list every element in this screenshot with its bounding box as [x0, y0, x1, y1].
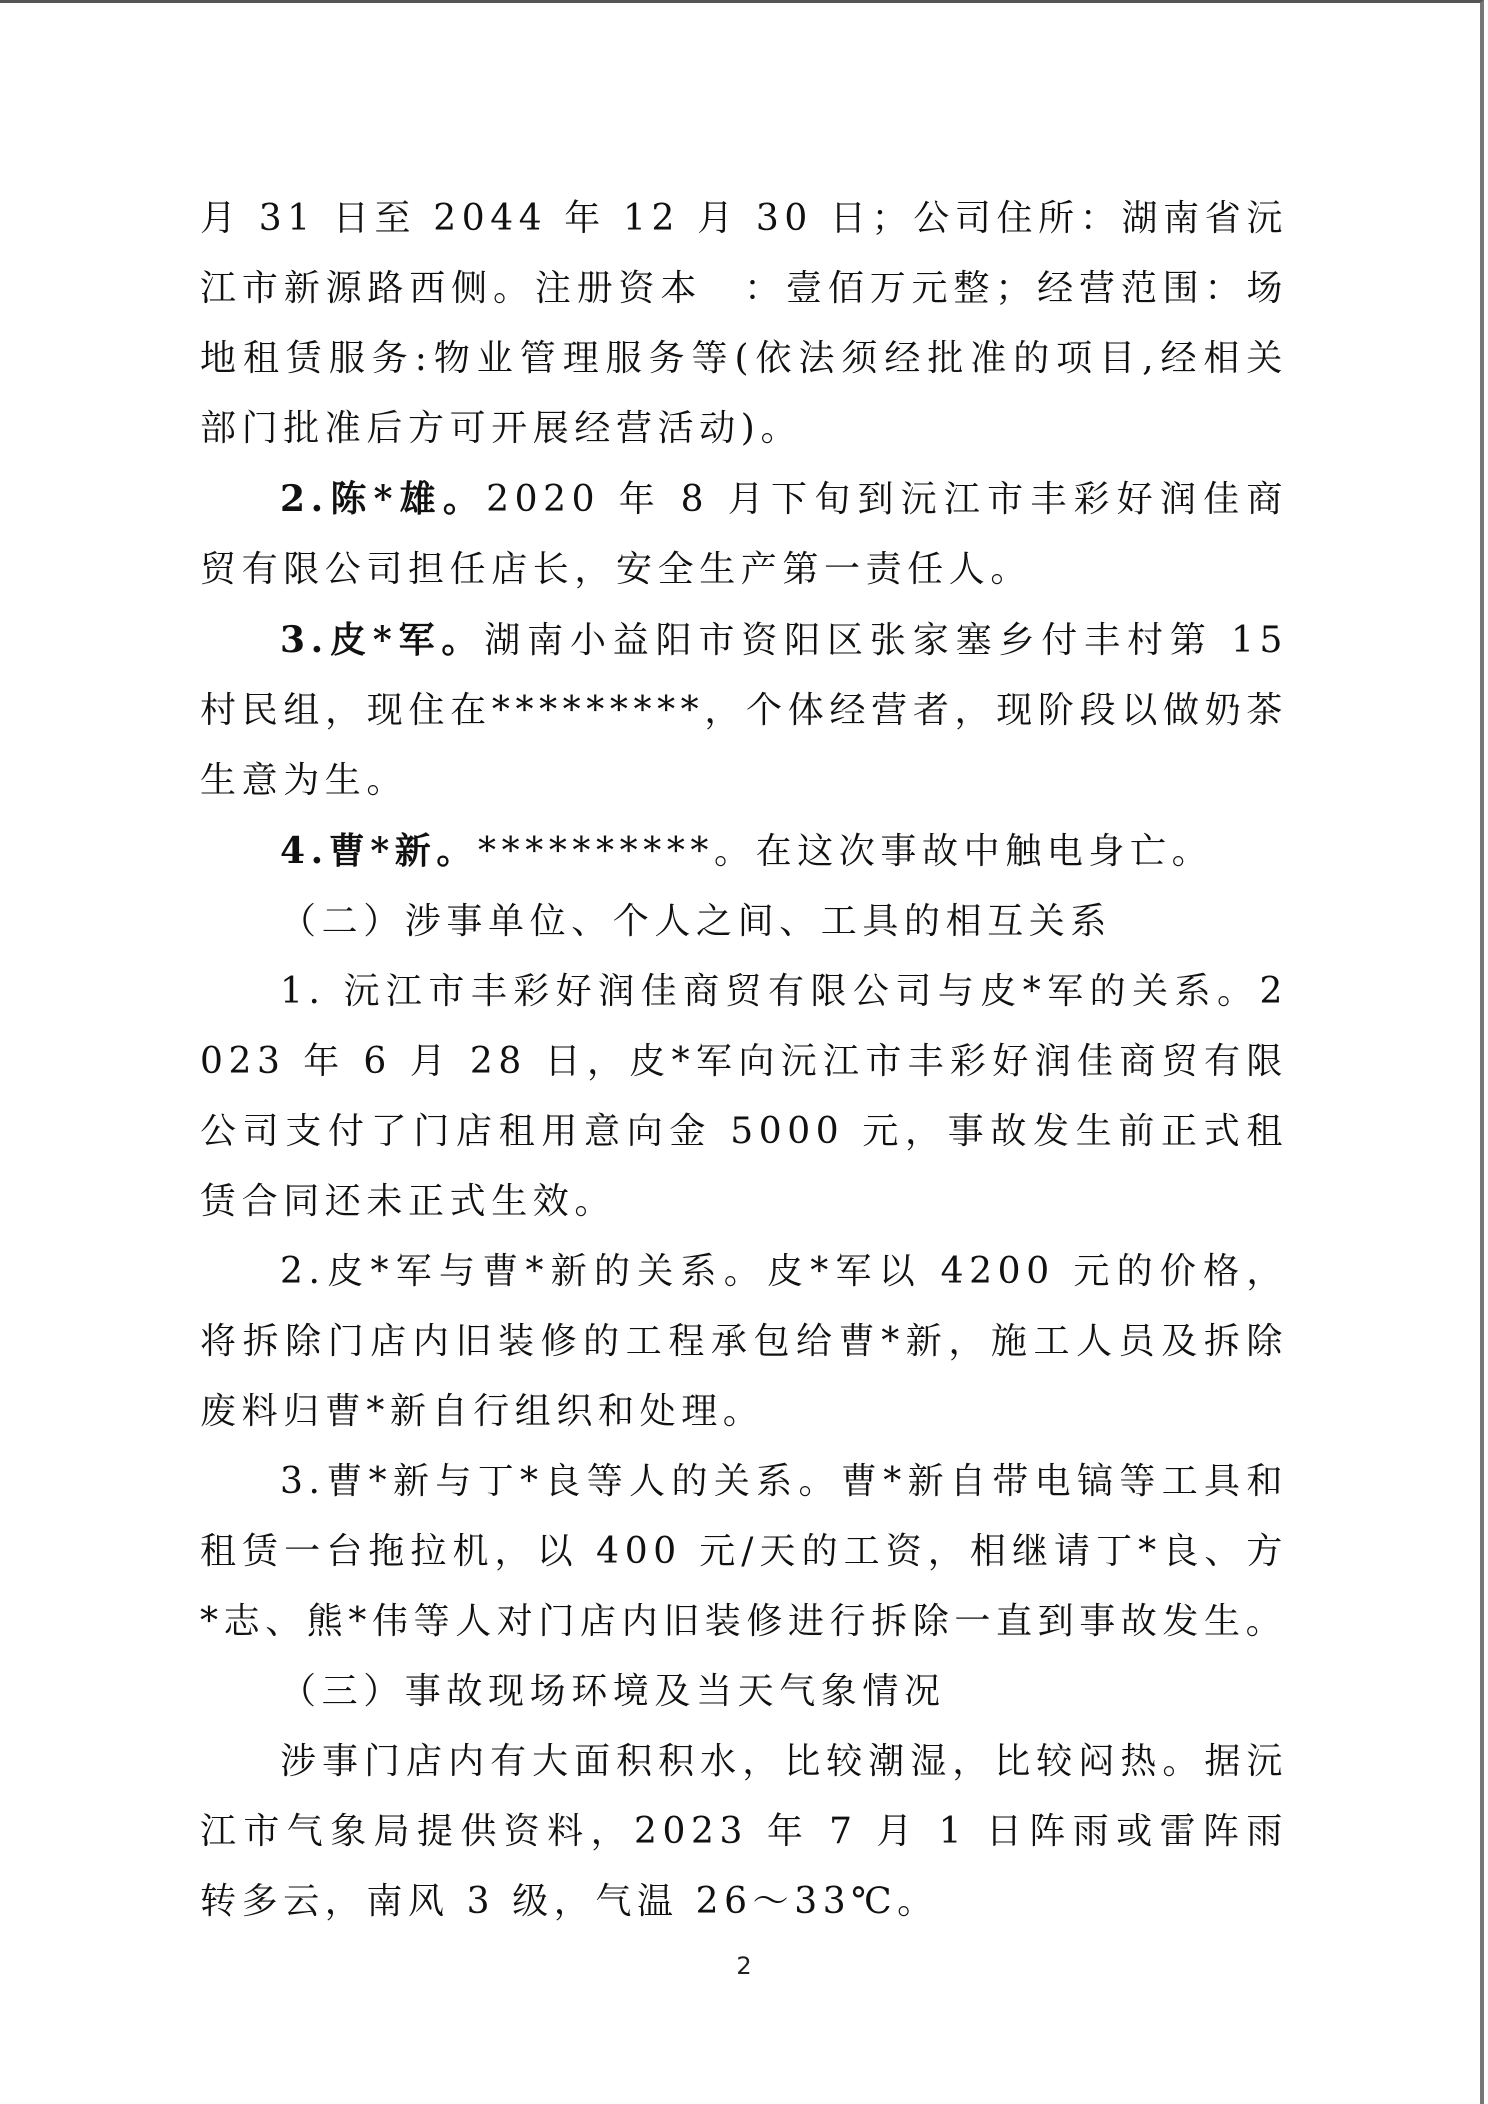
paragraph-person-2: 2.陈*雄。2020 年 8 月下旬到沅江市丰彩好润佳商贸有限公司担任店长，安全… — [200, 464, 1288, 605]
person-3-label: 3.皮*军。 — [280, 619, 484, 661]
relation-item-2: 2.皮*军与曹*新的关系。皮*军以 4200 元的价格，将拆除门店内旧装修的工程… — [200, 1237, 1288, 1447]
page-number: 2 — [0, 1952, 1488, 1980]
person-4-label: 4.曹*新。 — [280, 830, 478, 872]
document-body: 月 31 日至 2044 年 12 月 30 日；公司住所：湖南省沅江市新源路西… — [200, 184, 1288, 1937]
paragraph-person-4: 4.曹*新。**********。在这次事故中触电身亡。 — [200, 816, 1288, 887]
person-2-label: 2.陈*雄。 — [280, 478, 486, 520]
section-3-text: 涉事门店内有大面积积水，比较潮湿，比较闷热。据沅江市气象局提供资料，2023 年… — [200, 1727, 1288, 1937]
section-2-heading: （二）涉事单位、个人之间、工具的相互关系 — [200, 887, 1288, 957]
relation-item-1: 1. 沅江市丰彩好润佳商贸有限公司与皮*军的关系。2023 年 6 月 28 日… — [200, 957, 1288, 1237]
section-3-heading: （三）事故现场环境及当天气象情况 — [200, 1657, 1288, 1727]
paragraph-company-info: 月 31 日至 2044 年 12 月 30 日；公司住所：湖南省沅江市新源路西… — [200, 184, 1288, 464]
relation-item-3: 3.曹*新与丁*良等人的关系。曹*新自带电镐等工具和租赁一台拖拉机，以 400 … — [200, 1447, 1288, 1657]
paragraph-person-3: 3.皮*军。湖南小益阳市资阳区张家塞乡付丰村第 15 村民组，现住在******… — [200, 605, 1288, 816]
person-4-text: **********。在这次事故中触电身亡。 — [478, 831, 1213, 872]
